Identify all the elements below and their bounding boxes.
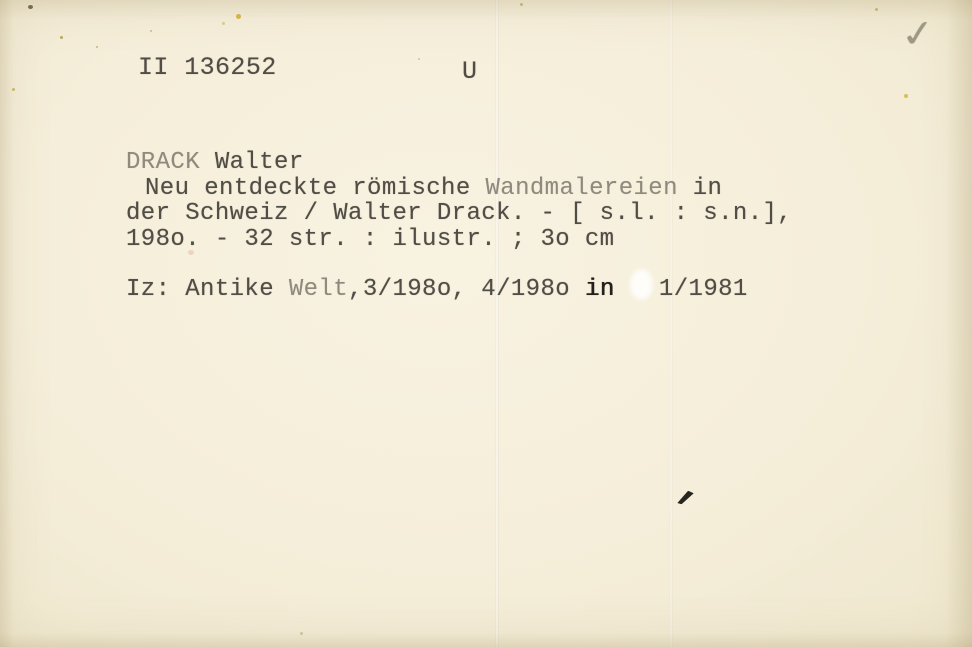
- catalog-card: II 136252 U DRACK WalterNeu entdeckte rö…: [0, 0, 972, 647]
- paper-speckle: [150, 30, 152, 32]
- body-lines: DRACK WalterNeu entdeckte römische Wandm…: [126, 150, 792, 252]
- paper-speckle: [222, 22, 225, 25]
- text-segment: in: [678, 175, 722, 202]
- paper-speckle: [904, 94, 908, 98]
- shelf-letter: U: [462, 59, 477, 85]
- text-segment: 198o. - 32 str. : ilustr. ; 3o cm: [126, 226, 614, 253]
- ink-spot: [677, 490, 695, 504]
- paper-speckle: [236, 14, 241, 19]
- paper-speckle: [60, 36, 63, 39]
- text-segment: Wandmalereien: [485, 175, 677, 202]
- typed-line: Neu entdeckte römische Wandmalereien in: [126, 176, 792, 202]
- text-segment: Walter: [200, 149, 304, 176]
- paper-crease: [495, 0, 499, 647]
- paper-speckle: [875, 8, 878, 11]
- typed-line: 198o. - 32 str. : ilustr. ; 3o cm: [126, 227, 792, 253]
- reference-line: Iz: Antike Welt,3/198o, 4/198o in 1/1981: [126, 277, 748, 303]
- text-segment: DRACK: [126, 149, 200, 176]
- paper-speckle: [418, 58, 420, 60]
- pencil-checkmark-icon: ✓: [898, 12, 938, 57]
- text-segment: Neu entdeckte römische: [145, 175, 485, 202]
- typed-line: DRACK Walter: [126, 150, 792, 176]
- text-segment: in: [585, 276, 615, 303]
- paper-speckle: [12, 88, 15, 91]
- paper-crease: [669, 0, 673, 647]
- typed-line: der Schweiz / Walter Drack. - [ s.l. : s…: [126, 201, 792, 227]
- text-segment: Welt: [289, 276, 348, 303]
- paper-speckle: [96, 46, 98, 48]
- text-segment: Iz: Antike: [126, 276, 289, 303]
- paper-speckle: [520, 3, 523, 6]
- paper-speckle: [300, 632, 303, 635]
- text-segment: ,3/198o, 4/198o: [348, 276, 585, 303]
- paper-speckle: [28, 5, 33, 9]
- text-segment: der Schweiz / Walter Drack. - [ s.l. : s…: [126, 200, 792, 227]
- text-segment: 1/1981: [615, 276, 748, 303]
- call-number: II 136252: [138, 55, 277, 81]
